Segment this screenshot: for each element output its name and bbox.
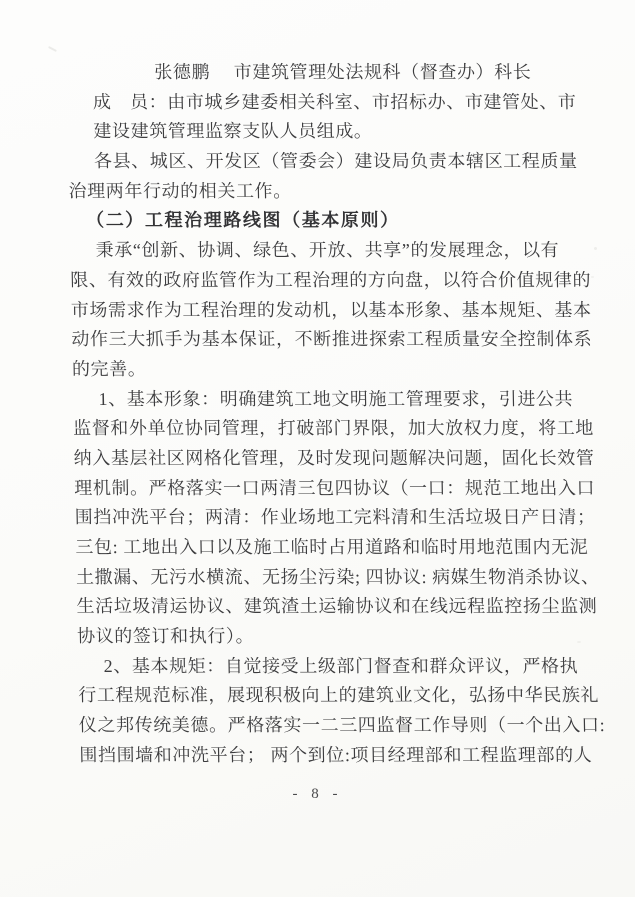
text-line: 仪之邦传统美德。严格落实一二三四监督工作导则（一个出入口:: [79, 711, 620, 741]
text-line: 市场需求作为工程治理的发动机，以基本形象、基本规矩、基本: [71, 296, 612, 326]
text-line: 成 员：由市城乡建委相关科室、市招标办、市建管处、市: [67, 88, 608, 118]
text-line: 监督和外单位协同管理，打破部门界限，加大放权力度，将工地: [73, 414, 614, 444]
text-line: 治理两年行动的相关工作。: [68, 177, 609, 207]
document-body: 张德鹏 市建筑管理处法规科（督查办）科长成 员：由市城乡建委相关科室、市招标办、…: [66, 58, 620, 771]
text-line: 动作三大抓手为基本保证，不断推进探索工程质量安全控制体系: [71, 325, 612, 355]
text-line: 限、有效的政府监管作为工程治理的方向盘，以符合价值规律的: [70, 266, 611, 296]
text-line: 围挡围墙和冲洗平台； 两个到位:项目经理部和工程监理部的人: [79, 741, 620, 771]
text-line: 土撒漏、无污水横流、无扬尘污染; 四协议: 病媒生物消杀协议、: [76, 563, 617, 593]
text-line: 各县、城区、开发区（管委会）建设局负责本辖区工程质量: [68, 147, 609, 177]
text-line: 纳入基层社区网格化管理，及时发现问题解决问题，固化长效管: [73, 444, 614, 474]
section-heading: （二）工程治理路线图（基本原则）: [69, 206, 610, 236]
text-line: 建设建筑管理监察支队人员组成。: [67, 117, 608, 147]
text-line: 三包: 工地出入口以及施工临时占用道路和临时用地范围内无泥: [75, 533, 616, 563]
text-line: 秉承“创新、协调、绿色、开放、共享”的发展理念，以有: [69, 236, 610, 266]
text-line: 2、基本规矩：自觉接受上级部门督查和群众评议，严格执: [77, 652, 618, 682]
text-line: 生活垃圾清运协议、建筑渣土运输协议和在线远程监控扬尘监测: [76, 592, 617, 622]
text-line: 的完善。: [72, 355, 613, 385]
text-line: 理机制。严格落实一口两清三包四协议（一口：规范工地出入口: [74, 474, 615, 504]
scan-speck: [48, 46, 57, 52]
page-number: - 8 -: [0, 786, 635, 803]
text-line: 张德鹏 市建筑管理处法规科（督查办）科长: [66, 58, 607, 88]
text-line: 围挡冲洗平台；两清：作业场地工完料清和生活垃圾日产日清；: [75, 503, 616, 533]
text-line: 行工程规范标准，展现积极向上的建筑业文化，弘扬中华民族礼: [78, 681, 619, 711]
scanned-document-page: 张德鹏 市建筑管理处法规科（督查办）科长成 员：由市城乡建委相关科室、市招标办、…: [0, 0, 635, 897]
text-line: 1、基本形象：明确建筑工地文明施工管理要求，引进公共: [72, 385, 613, 415]
text-line: 协议的签订和执行）。: [77, 622, 618, 652]
